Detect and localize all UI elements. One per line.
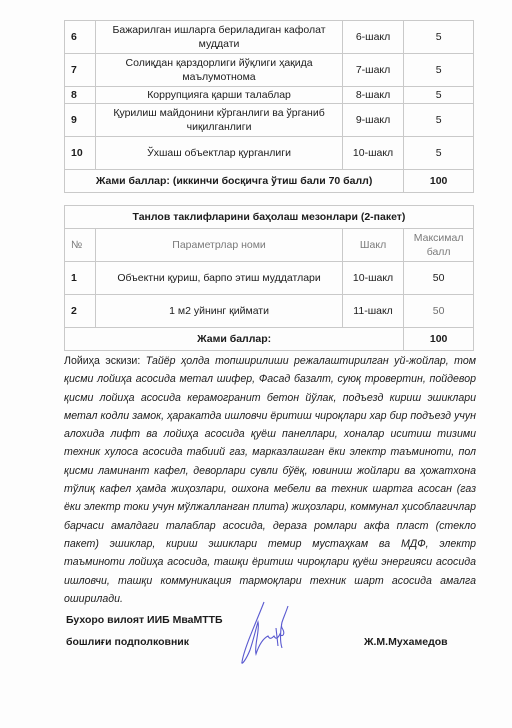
max-score: 50 [404, 262, 474, 295]
max-score: 5 [404, 104, 474, 137]
parameter-name: Ўхшаш объектлар қурганлиги [96, 137, 343, 170]
total-row: Жами баллар: 100 [65, 328, 474, 351]
evaluation-table-package2: Танлов таклифларини баҳолаш мезонлари (2… [64, 205, 474, 351]
form-code: 11-шакл [342, 295, 403, 328]
paragraph-lead: Лойиҳа эскизи: [64, 355, 140, 367]
row-number: 9 [65, 104, 96, 137]
evaluation-table-part1: 6 Бажарилган ишларга бериладиган кафолат… [64, 20, 474, 193]
table-row: 6 Бажарилган ишларга бериладиган кафолат… [65, 21, 474, 54]
total-label: Жами баллар: [65, 328, 404, 351]
parameter-name: Бажарилган ишларга бериладиган кафолат м… [96, 21, 343, 54]
project-sketch-paragraph: Лойиҳа эскизи: Тайёр ҳолда топширилиши р… [64, 352, 476, 608]
table-row: 1 Объектни қуриш, барпо этиш муддатлари … [65, 262, 474, 295]
paragraph-body: Тайёр ҳолда топширилиши режалаштирилган … [64, 355, 476, 605]
header-number: № [65, 229, 96, 262]
handwritten-signature-icon [230, 598, 300, 668]
max-score: 50 [404, 295, 474, 328]
max-score: 5 [404, 87, 474, 104]
total-value: 100 [404, 170, 474, 193]
form-code: 9-шакл [342, 104, 403, 137]
table-row: 10 Ўхшаш объектлар қурганлиги 10-шакл 5 [65, 137, 474, 170]
parameter-name: Коррупцияга қарши талаблар [96, 87, 343, 104]
table-row: 2 1 м2 уйнинг қиймати 11-шакл 50 [65, 295, 474, 328]
header-row: № Параметрлар номи Шакл Максимал балл [65, 229, 474, 262]
form-code: 8-шакл [342, 87, 403, 104]
form-code: 10-шакл [342, 137, 403, 170]
table-row: 9 Қурилиш майдонини кўрганлиги ва ўргани… [65, 104, 474, 137]
header-parameter-name: Параметрлар номи [96, 229, 343, 262]
header-max-score: Максимал балл [404, 229, 474, 262]
header-form: Шакл [342, 229, 403, 262]
table-row: 7 Солиқдан қарздорлиги йўқлиги ҳақида ма… [65, 54, 474, 87]
row-number: 10 [65, 137, 96, 170]
row-number: 6 [65, 21, 96, 54]
form-code: 10-шакл [342, 262, 403, 295]
parameter-name: Солиқдан қарздорлиги йўқлиги ҳақида маъл… [96, 54, 343, 87]
parameter-name: Қурилиш майдонини кўрганлиги ва ўрганиб … [96, 104, 343, 137]
form-code: 6-шакл [342, 21, 403, 54]
parameter-name: Объектни қуриш, барпо этиш муддатлари [96, 262, 343, 295]
table-row: 8 Коррупцияга қарши талаблар 8-шакл 5 [65, 87, 474, 104]
total-value: 100 [404, 328, 474, 351]
signatory-name: Ж.М.Мухамедов [364, 636, 448, 648]
max-score: 5 [404, 54, 474, 87]
row-number: 8 [65, 87, 96, 104]
row-number: 1 [65, 262, 96, 295]
row-number: 2 [65, 295, 96, 328]
max-score: 5 [404, 21, 474, 54]
form-code: 7-шакл [342, 54, 403, 87]
table-title: Танлов таклифларини баҳолаш мезонлари (2… [65, 206, 474, 229]
signatory-position: бошлиғи подполковник [66, 636, 189, 648]
parameter-name: 1 м2 уйнинг қиймати [96, 295, 343, 328]
max-score: 5 [404, 137, 474, 170]
total-row: Жами баллар: (иккинчи босқичга ўтиш бали… [65, 170, 474, 193]
signatory-organization: Бухоро вилоят ИИБ МваМТТБ [66, 614, 223, 626]
total-label: Жами баллар: (иккинчи босқичга ўтиш бали… [65, 170, 404, 193]
row-number: 7 [65, 54, 96, 87]
